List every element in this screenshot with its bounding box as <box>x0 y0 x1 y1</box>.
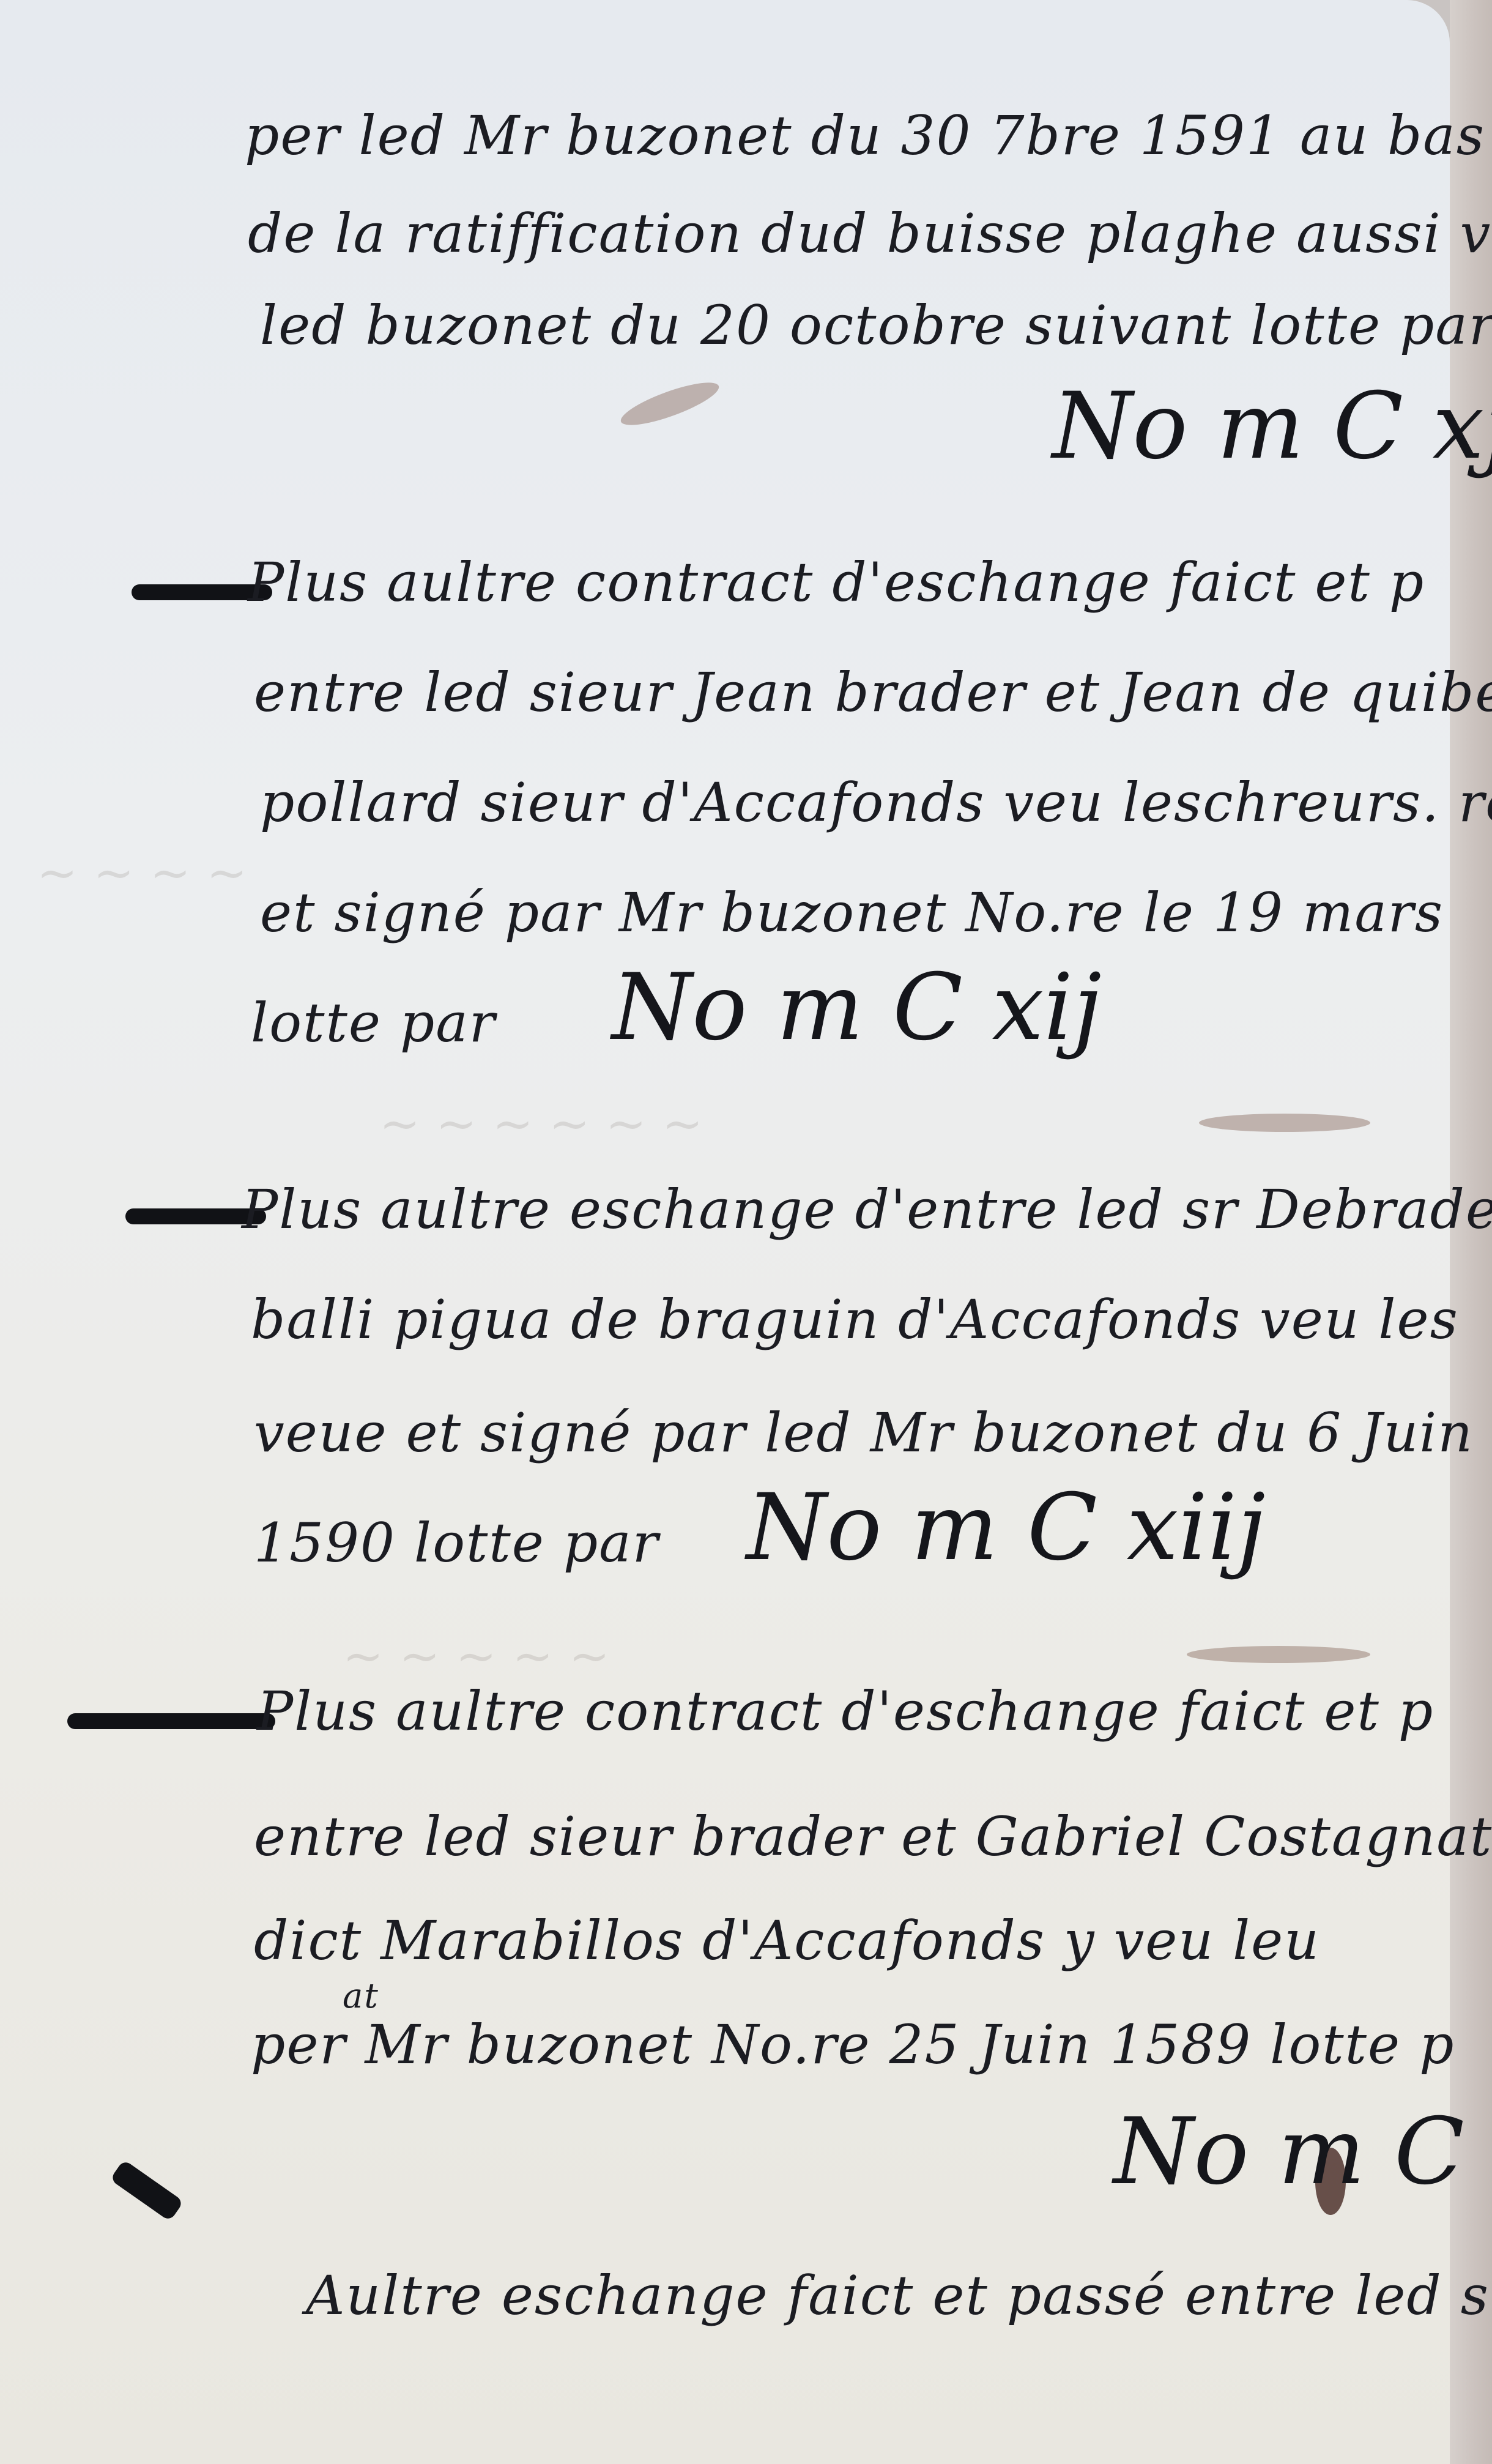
ink-stain <box>1199 1114 1370 1132</box>
text-line: dict Marabillos d'Accafonds y veu leu <box>254 1909 1320 1972</box>
text-line: Aultre eschange faict et passé entre led… <box>306 2264 1492 2327</box>
number-prefix: No <box>746 1475 882 1581</box>
bleed-through-text: ~ ~ ~ ~ ~ <box>343 1628 610 1684</box>
superscript: at <box>343 1976 379 2016</box>
bleed-through-text: ~ ~ ~ ~ ~ ~ <box>379 1095 703 1152</box>
text-line: pollard sieur d'Accafonds veu leschreurs… <box>260 771 1492 834</box>
text-line: per led Mr buzonet du 30 7bre 1591 au ba… <box>245 104 1485 167</box>
number-value: m C xij <box>776 955 1101 1061</box>
text-line: led buzonet du 20 octobre suivant lotte … <box>260 294 1492 357</box>
text-line: entre led sieur brader et Gabriel Costag… <box>254 1805 1492 1868</box>
text-line: de la ratiffication dud buisse plaghe au… <box>248 202 1492 265</box>
entry-number: No m C xiiij <box>1113 2099 1492 2205</box>
paragraph-flourish <box>67 1713 275 1729</box>
text-line: Plus aultre contract d'eschange faict et… <box>257 1680 1434 1743</box>
number-prefix: No <box>1052 373 1188 480</box>
entry-number: No m C xj <box>1052 373 1492 480</box>
ink-stain <box>1187 1646 1370 1663</box>
text-line: 1590 lotte par <box>254 1511 659 1574</box>
text-line: lotte par <box>251 991 496 1054</box>
text-line: balli pigua de braguin d'Accafonds veu l… <box>251 1288 1459 1351</box>
text-line: per Mr buzonet No.re 25 Juin 1589 lotte … <box>251 2013 1455 2076</box>
number-value: m C xj <box>1217 373 1492 480</box>
text-line: veue et signé par led Mr buzonet du 6 Ju… <box>254 1401 1474 1464</box>
text-line: et signé par Mr buzonet No.re le 19 mars <box>260 881 1444 944</box>
text-line: Plus aultre contract d'eschange faict et… <box>248 551 1425 614</box>
text-line: entre led sieur Jean brader et Jean de q… <box>254 661 1492 724</box>
number-value: m C xiij <box>911 1475 1265 1581</box>
number-value: m C xiiij <box>1278 2099 1492 2205</box>
text-line: Plus aultre eschange d'entre led sr Debr… <box>242 1178 1492 1241</box>
bleed-through-text: ~ ~ ~ ~ <box>37 844 247 901</box>
entry-number: No m C xiij <box>746 1475 1266 1581</box>
entry-number: No m C xij <box>612 955 1102 1061</box>
number-prefix: No <box>612 955 748 1061</box>
number-prefix: No <box>1113 2099 1249 2205</box>
